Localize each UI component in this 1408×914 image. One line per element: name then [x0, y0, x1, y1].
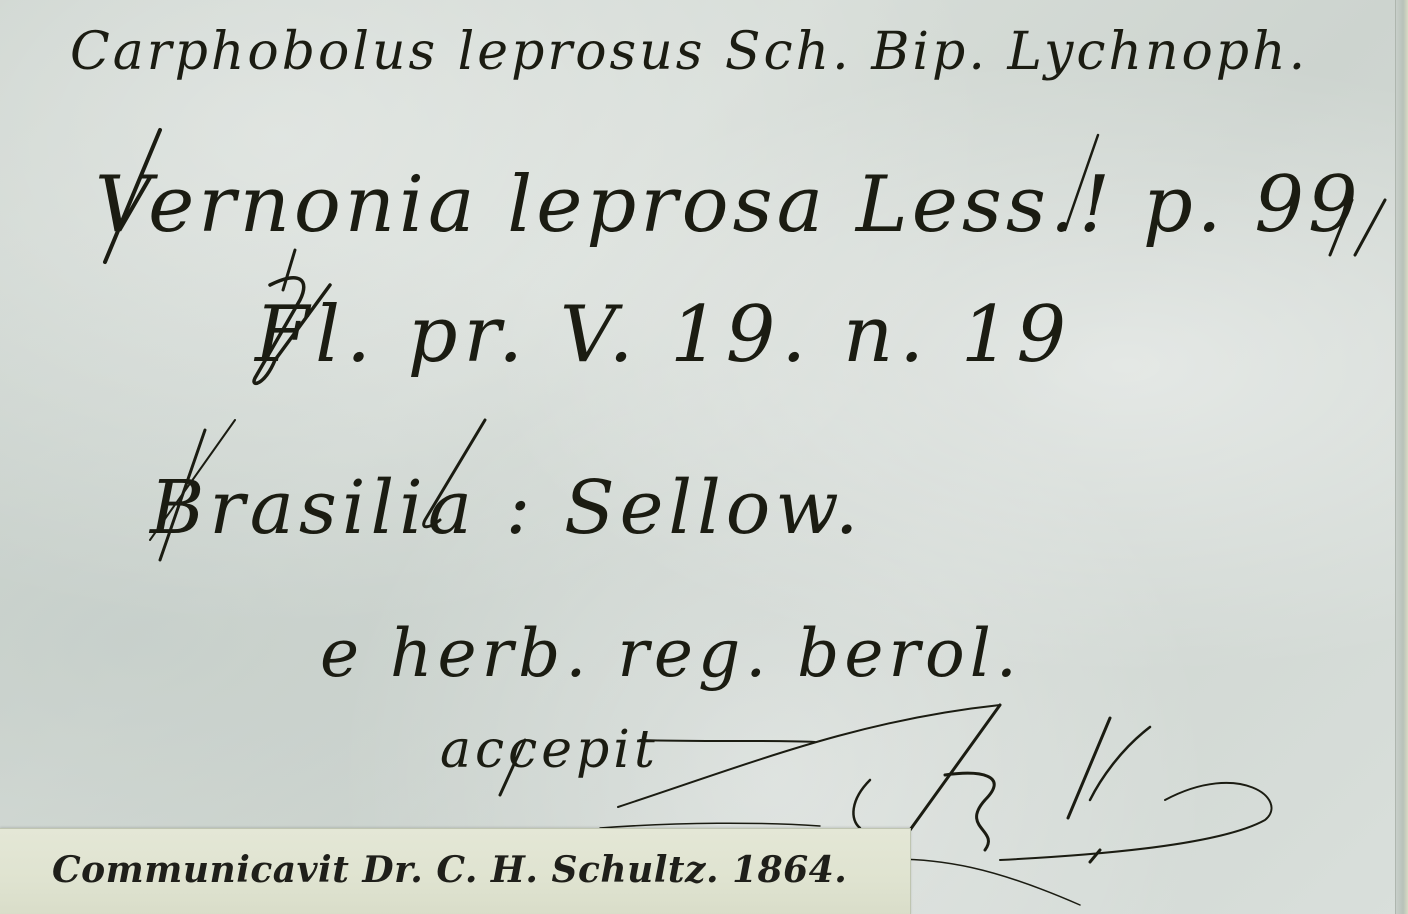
pen-flourishes — [0, 0, 1408, 914]
handwritten-flora-reference: Fl. pr. V. 19. n. 19 — [255, 290, 1072, 380]
handwritten-species-name: Vernonia leprosa Less.! p. 99 — [95, 160, 1362, 250]
printed-communicavit-label: Communicavit Dr. C. H. Schultz. 1864. — [0, 828, 911, 914]
handwritten-synonym-line: Carphobolus leprosus Sch. Bip. Lychnoph. — [70, 22, 1308, 82]
handwritten-herbarium-source: e herb. reg. berol. — [320, 615, 1022, 692]
handwritten-accepit: accepit — [440, 720, 659, 780]
herbarium-sheet: Carphobolus leprosus Sch. Bip. Lychnoph.… — [0, 0, 1408, 914]
handwritten-locality-collector: Brasilia : Sellow. — [150, 465, 863, 551]
sheet-right-edge — [1395, 0, 1408, 914]
printed-label-text: Communicavit Dr. C. H. Schultz. 1864. — [52, 849, 847, 891]
